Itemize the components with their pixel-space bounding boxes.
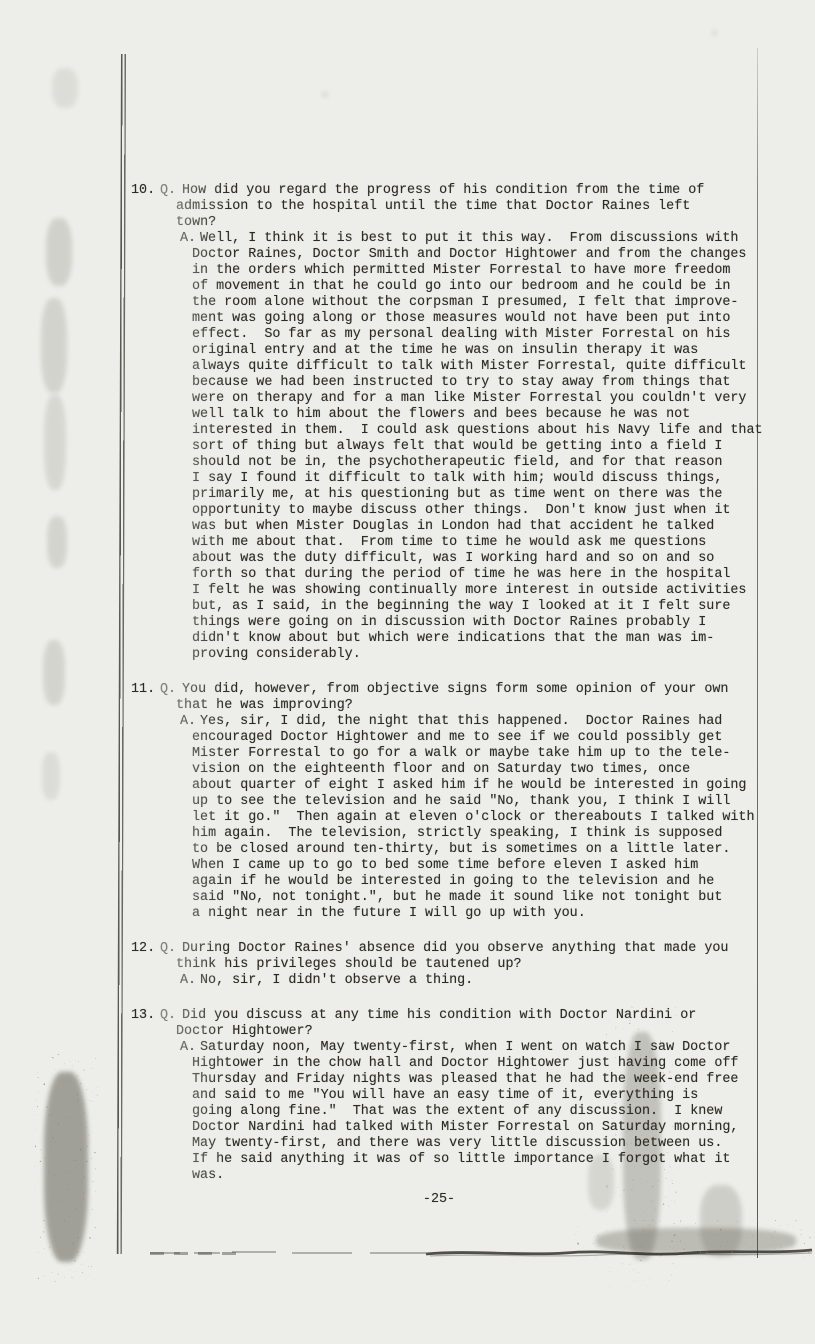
question-label: Q. (160, 941, 182, 957)
answer-label: A. (180, 714, 200, 730)
answer-line: said "No, not tonight.", but he made it … (131, 890, 791, 906)
answer-line: If he said anything it was of so little … (131, 1152, 791, 1168)
answer-line: Thursday and Friday nights was pleased t… (131, 1072, 791, 1088)
answer-line: in the orders which permitted Mister For… (131, 263, 791, 279)
answer-line: the room alone without the corpsman I pr… (131, 295, 791, 311)
answer-line: always quite difficult to talk with Mist… (131, 359, 791, 375)
scan-speck (322, 92, 328, 97)
answer-line: didn't know about but which were indicat… (131, 631, 791, 647)
question-first-line: 11.Q.You did, however, from objective si… (131, 682, 791, 698)
answer-line: and said to me "You will have an easy ti… (131, 1088, 791, 1104)
answer-line: encouraged Doctor Hightower and me to se… (131, 730, 791, 746)
answer-line: I say I found it difficult to talk with … (131, 471, 791, 487)
answer-line: proving considerably. (131, 647, 791, 663)
answer-line: primarily me, at his questioning but as … (131, 487, 791, 503)
answer-line: again if he would be interested in going… (131, 874, 791, 890)
testimony-text-block: 10.Q.How did you regard the progress of … (131, 183, 791, 1184)
answer-line: well talk to him about the flowers and b… (131, 407, 791, 423)
answer-line: was but when Mister Douglas in London ha… (131, 519, 791, 535)
answer-line: interested in them. I could ask question… (131, 423, 791, 439)
question-line: Doctor Hightower? (131, 1024, 791, 1040)
page-number: -25- (131, 1192, 747, 1207)
question-label: Q. (160, 183, 182, 199)
answer-line: opportunity to maybe discuss other thing… (131, 503, 791, 519)
question-first-line: 13.Q.Did you discuss at any time his con… (131, 1008, 791, 1024)
qa-item-11: 11.Q.You did, however, from objective si… (131, 682, 791, 922)
answer-line: I felt he was showing continually more i… (131, 583, 791, 599)
qa-item-13: 13.Q.Did you discuss at any time his con… (131, 1008, 791, 1184)
answer-line: sort of thing but always felt that would… (131, 439, 791, 455)
scan-smudge (596, 1228, 796, 1254)
answer-line: May twenty-first, and there was very lit… (131, 1136, 791, 1152)
scan-speck (712, 30, 717, 36)
answer-line: to be closed around ten-thirty, but is s… (131, 842, 791, 858)
question-label: Q. (160, 682, 182, 698)
answer-line: because we had been instructed to try to… (131, 375, 791, 391)
scan-dash-marks (150, 1252, 236, 1255)
answer-line: about was the duty difficult, was I work… (131, 551, 791, 567)
answer-line: him again. The television, strictly spea… (131, 826, 791, 842)
answer-line: Hightower in the chow hall and Doctor Hi… (131, 1056, 791, 1072)
answer-line: with me about that. From time to time he… (131, 535, 791, 551)
answer-line: let it go." Then again at eleven o'clock… (131, 810, 791, 826)
item-number: 10. (131, 183, 160, 199)
answer-first-line: A.Yes, sir, I did, the night that this h… (131, 714, 791, 730)
question-line: think his privileges should be tautened … (131, 957, 791, 973)
question-first-line: 12.Q.During Doctor Raines' absence did y… (131, 941, 791, 957)
scan-smudge (47, 516, 67, 568)
scan-smudge (44, 395, 66, 490)
answer-line: of movement in that he could go into our… (131, 279, 791, 295)
answer-line: up to see the television and he said "No… (131, 794, 791, 810)
scan-smudge-dark (44, 1072, 88, 1262)
answer-line: Doctor Raines, Doctor Smith and Doctor H… (131, 247, 791, 263)
document-page: 10.Q.How did you regard the progress of … (0, 0, 815, 1344)
answer-line: Mister Forrestal to go for a walk or may… (131, 746, 791, 762)
question-first-line: 10.Q.How did you regard the progress of … (131, 183, 791, 199)
answer-line: a night near in the future I will go up … (131, 906, 791, 922)
answer-line: effect. So far as my personal dealing wi… (131, 327, 791, 343)
answer-line: but, as I said, in the beginning the way… (131, 599, 791, 615)
question-line: town? (131, 215, 791, 231)
item-number: 11. (131, 682, 160, 698)
question-label: Q. (160, 1008, 182, 1024)
answer-first-line: A.Saturday noon, May twenty-first, when … (131, 1040, 791, 1056)
answer-line: going along fine." That was the extent o… (131, 1104, 791, 1120)
item-number: 12. (131, 941, 160, 957)
answer-label: A. (180, 231, 200, 247)
answer-first-line: A.Well, I think it is best to put it thi… (131, 231, 791, 247)
answer-line: original entry and at the time he was on… (131, 343, 791, 359)
answer-line: about quarter of eight I asked him if he… (131, 778, 791, 794)
scan-smudge (46, 218, 72, 286)
answer-label: A. (180, 1040, 200, 1056)
question-line: admission to the hospital until the time… (131, 199, 791, 215)
answer-line: things were going on in discussion with … (131, 615, 791, 631)
item-number: 13. (131, 1008, 160, 1024)
answer-line: forth so that during the period of time … (131, 567, 791, 583)
answer-line: were on therapy and for a man like Miste… (131, 391, 791, 407)
qa-item-10: 10.Q.How did you regard the progress of … (131, 183, 791, 663)
scan-smudge (52, 68, 78, 108)
scan-smudge (42, 752, 60, 800)
answer-line: Doctor Nardini had talked with Mister Fo… (131, 1120, 791, 1136)
question-line: that he was improving? (131, 698, 791, 714)
qa-item-12: 12.Q.During Doctor Raines' absence did y… (131, 941, 791, 989)
answer-label: A. (180, 973, 200, 989)
answer-line: vision on the eighteenth floor and on Sa… (131, 762, 791, 778)
answer-first-line: A.No, sir, I didn't observe a thing. (131, 973, 791, 989)
answer-line: was. (131, 1168, 791, 1184)
scan-smudge (43, 640, 65, 705)
answer-line: should not be in, the psychotherapeutic … (131, 455, 791, 471)
scan-smudge (41, 298, 67, 393)
scan-bottom-line (0, 1238, 815, 1272)
answer-line: ment was going along or those measures w… (131, 311, 791, 327)
answer-line: When I came up to go to bed some time be… (131, 858, 791, 874)
binding-rule-left (117, 54, 126, 1254)
